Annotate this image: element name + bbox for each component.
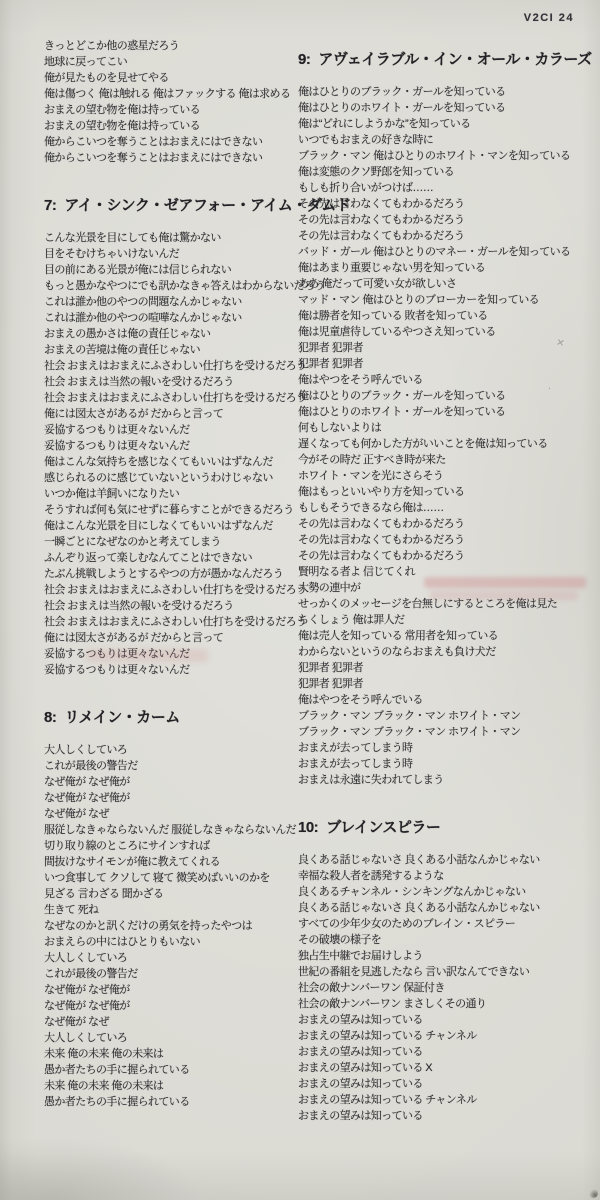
lyric-line: これは誰か他のやつの喧嘩なんかじゃない <box>44 310 306 326</box>
lyric-line: 未来 俺の未来 俺の未来は <box>44 1046 306 1062</box>
lyric-block: こんな光景を目にしても俺は驚かない目をそむけちゃいけないんだ目の前にある光景が俺… <box>44 230 306 678</box>
lyric-line: たぶん挑戦しようとするやつの方が愚かなんだろう <box>44 566 306 582</box>
lyric-line: 大人しくしていろ <box>44 1030 306 1046</box>
lyric-line: おまえの望みは知っている X <box>298 1060 584 1076</box>
lyric-line: 幸福な殺人者を誘発するような <box>298 868 584 884</box>
lyric-line: バッド・ガール 俺はひとりのマネー・ガールを知っている <box>298 244 584 260</box>
lyric-line: 俺からこいつを奪うことはおまえにはできない <box>44 134 306 150</box>
lyric-line: なぜ俺が なぜ <box>44 806 306 822</box>
corner-speck <box>589 1189 598 1198</box>
lyric-line: 俺はひとりのブラック・ガールを知っている <box>298 388 584 404</box>
lyric-line: せっかくのメッセージを台無しにするところを俺は見た <box>298 596 584 612</box>
lyric-line: 今がその時だ 正すべき時が来た <box>298 452 584 468</box>
lyric-line: 社会 おまえは当然の報いを受けるだろう <box>44 374 306 390</box>
lyric-line: おまえの苦境は俺の責任じゃない <box>44 342 306 358</box>
lyric-line: なぜ俺が なぜ俺が <box>44 982 306 998</box>
lyric-line: おまえの望みは知っている <box>298 1044 584 1060</box>
lyric-line: 服従しなきゃならないんだ 服従しなきゃならないんだ <box>44 822 306 838</box>
lyric-line: ブラック・マン ブラック・マン ホワイト・マン <box>298 708 584 724</box>
lyric-line: これが最後の警告だ <box>44 966 306 982</box>
lyric-line: 俺には図太さがあるが だからと言って <box>44 630 306 646</box>
lyric-line: 俺は傷つく 俺は触れる 俺はファックする 俺は求める <box>44 86 306 102</box>
lyric-line: おまえの望みは知っている <box>298 1012 584 1028</box>
lyric-line: 大人しくしていろ <box>44 742 306 758</box>
lyric-block: 大人しくしていろこれが最後の警告だなぜ俺が なぜ俺がなぜ俺が なぜ俺がなぜ俺が … <box>44 742 306 1110</box>
track-title: ブレインスピラー <box>326 819 440 836</box>
lyric-line: おまえが去ってしまう時 <box>298 740 584 756</box>
lyric-line: 一瞬ごとになぜなのかと考えてしまう <box>44 534 306 550</box>
lyric-line: 世紀の番組を見逃したなら 言い訳なんてできない <box>298 964 584 980</box>
lyric-line: ホワイト・マンを光にさらそう <box>298 468 584 484</box>
song-title: 8:リメイン・カーム <box>44 708 306 728</box>
intro-lyric-block: きっとどこか他の惑星だろう地球に戻ってこい俺が見たものを見せてやる俺は傷つく 俺… <box>44 38 306 166</box>
lyric-line: いつ食事して クソして 寝て 微笑めばいいのかを <box>44 870 306 886</box>
lyric-line: もしもそうできるなら俺は…… <box>298 500 584 516</box>
lyric-line: 犯罪者 犯罪者 <box>298 676 584 692</box>
track-number: 8: <box>44 709 56 726</box>
booklet-page: { "page": { "catalog_number": "V2CI 24",… <box>0 0 600 1200</box>
lyric-line: もしも折り合いがつけば…… <box>298 180 584 196</box>
lyric-line: その破壊の様子を <box>298 932 584 948</box>
lyric-line: ああ 俺だって可愛い女が欲しいさ <box>298 276 584 292</box>
lyric-line: 俺はあまり重要じゃない男を知っている <box>298 260 584 276</box>
lyric-line: 大人しくしていろ <box>44 950 306 966</box>
lyric-line: 俺からこいつを奪うことはおまえにはできない <box>44 150 306 166</box>
lyric-line: 切り取り線のところにサインすれば <box>44 838 306 854</box>
lyric-line: すべての少年少女のためのブレイン・スピラー <box>298 916 584 932</box>
lyric-line: なぜ俺が なぜ俺が <box>44 774 306 790</box>
lyric-line: 良くある話じゃないさ 良くある小話なんかじゃない <box>298 900 584 916</box>
lyric-line: 妥協するつもりは更々ないんだ <box>44 662 306 678</box>
lyric-line: おまえの望みは知っている <box>298 1108 584 1124</box>
lyric-line: その先は言わなくてもわかるだろう <box>298 548 584 564</box>
lyric-line: 犯罪者 犯罪者 <box>298 660 584 676</box>
lyric-line: その先は言わなくてもわかるだろう <box>298 516 584 532</box>
lyric-line: なぜなのかと訊くだけの勇気を持ったやつは <box>44 918 306 934</box>
lyric-line: 妥協するつもりは更々ないんだ <box>44 646 306 662</box>
lyric-line: 賢明なる者よ 信じてくれ <box>298 564 584 580</box>
lyric-line: 愚か者たちの手に握られている <box>44 1062 306 1078</box>
lyrics-column-right: 9:アヴェイラブル・イン・オール・カラーズ俺はひとりのブラック・ガールを知ってい… <box>298 50 584 1124</box>
song-title: 10:ブレインスピラー <box>298 818 584 838</box>
lyric-line: そうすれば何も気にせずに暮らすことができるだろう <box>44 502 306 518</box>
lyric-line: 地球に戻ってこい <box>44 54 306 70</box>
lyric-line: 犯罪者 犯罪者 <box>298 340 584 356</box>
lyric-line: 俺が見たものを見せてやる <box>44 70 306 86</box>
track-number: 10: <box>298 819 318 836</box>
lyric-line: 何もしないよりは <box>298 420 584 436</box>
lyric-line: 俺はこんな光景を目にしなくてもいいはずなんだ <box>44 518 306 534</box>
lyric-line: おまえの望みは知っている チャンネル <box>298 1028 584 1044</box>
lyric-line: おまえの望みは知っている <box>298 1076 584 1092</box>
lyric-block: 良くある話じゃないさ 良くある小話なんかじゃない幸福な殺人者を誘発するような良く… <box>298 852 584 1124</box>
song-title: 7:アイ・シンク・ゼアフォー・アイム・ダムド <box>44 196 306 216</box>
lyric-line: 俺は売人を知っている 常用者を知っている <box>298 628 584 644</box>
lyric-line: 妥協するつもりは更々ないんだ <box>44 438 306 454</box>
lyrics-column-left: きっとどこか他の惑星だろう地球に戻ってこい俺が見たものを見せてやる俺は傷つく 俺… <box>44 38 306 1110</box>
lyric-line: 遅くなっても何かした方がいいことを俺は知っている <box>298 436 584 452</box>
lyric-line: 良くある話じゃないさ 良くある小話なんかじゃない <box>298 852 584 868</box>
lyric-line: 俺には図太さがあるが だからと言って <box>44 406 306 422</box>
lyric-line: 社会 おまえは当然の報いを受けるだろう <box>44 598 306 614</box>
lyric-line: 感じられるのに感じていないというわけじゃない <box>44 470 306 486</box>
lyric-line: 社会 おまえはおまえにふさわしい仕打ちを受けるだろう <box>44 358 306 374</box>
lyric-line: おまえの望む物を俺は持っている <box>44 102 306 118</box>
lyric-line: 俺は変態のクソ野郎を知っている <box>298 164 584 180</box>
lyric-line: おまえの愚かさは俺の責任じゃない <box>44 326 306 342</box>
lyric-line: 目の前にある光景が俺には信じられない <box>44 262 306 278</box>
track-number: 7: <box>44 197 56 214</box>
lyric-line: おまえが去ってしまう時 <box>298 756 584 772</box>
lyric-line: 目をそむけちゃいけないんだ <box>44 246 306 262</box>
track-title: アヴェイラブル・イン・オール・カラーズ <box>318 51 591 68</box>
lyric-line: いつでもおまえの好きな時に <box>298 132 584 148</box>
lyric-line: なぜ俺が なぜ <box>44 1014 306 1030</box>
lyric-line: おまえは永遠に失われてしまう <box>298 772 584 788</box>
lyric-line: いつか俺は羊飼いになりたい <box>44 486 306 502</box>
catalog-number: V2CI 24 <box>524 12 574 24</box>
lyric-line: 愚か者たちの手に握られている <box>44 1094 306 1110</box>
lyric-line: ふんぞり返って楽しむなんてことはできない <box>44 550 306 566</box>
lyric-line: その先は言わなくてもわかるだろう <box>298 532 584 548</box>
lyric-line: なぜ俺が なぜ俺が <box>44 998 306 1014</box>
lyric-line: 俺は勝者を知っている 敗者を知っている <box>298 308 584 324</box>
lyric-line: ブラック・マン 俺はひとりのホワイト・マンを知っている <box>298 148 584 164</box>
lyric-line: こんな光景を目にしても俺は驚かない <box>44 230 306 246</box>
lyric-line: これが最後の警告だ <box>44 758 306 774</box>
track-title: リメイン・カーム <box>64 709 179 726</box>
lyric-line: おまえの望みは知っている チャンネル <box>298 1092 584 1108</box>
lyric-line: ブラック・マン ブラック・マン ホワイト・マン <box>298 724 584 740</box>
lyric-line: 俺はやつをそう呼んでいる <box>298 692 584 708</box>
lyric-line: 俺はもっといいやり方を知っている <box>298 484 584 500</box>
lyric-line: 俺はこんな気持ちを感じなくてもいいはずなんだ <box>44 454 306 470</box>
lyric-line: 俺は“どれにしようかな”を知っている <box>298 116 584 132</box>
lyric-line: 社会 おまえはおまえにふさわしい仕打ちを受けるだろう <box>44 614 306 630</box>
lyric-line: 社会 おまえはおまえにふさわしい仕打ちを受けるだろう <box>44 582 306 598</box>
lyric-line: 間抜けなサイモンが俺に教えてくれる <box>44 854 306 870</box>
lyric-line: その先は言わなくてもわかるだろう <box>298 196 584 212</box>
lyric-line: 独占生中継でお届けしよう <box>298 948 584 964</box>
lyric-line: おまえの望む物を俺は持っている <box>44 118 306 134</box>
lyric-line: 社会の敵ナンバーワン まさしくその通り <box>298 996 584 1012</box>
lyric-line: わからないというのならおまえも負け犬だ <box>298 644 584 660</box>
lyric-line: 妥協するつもりは更々ないんだ <box>44 422 306 438</box>
lyric-line: その先は言わなくてもわかるだろう <box>298 228 584 244</box>
lyric-line: 俺はひとりのブラック・ガールを知っている <box>298 84 584 100</box>
lyric-line: 大勢の連中が <box>298 580 584 596</box>
lyric-line: マッド・マン 俺はひとりのブローカーを知っている <box>298 292 584 308</box>
lyric-line: 生きて 死ね <box>44 902 306 918</box>
lyric-line: 俺はひとりのホワイト・ガールを知っている <box>298 404 584 420</box>
lyric-line: もっと愚かなやつにでも訊かなきゃ答えはわからないだろう <box>44 278 306 294</box>
track-number: 9: <box>298 51 310 68</box>
lyric-line: 俺は児童虐待しているやつさえ知っている <box>298 324 584 340</box>
lyric-line: 俺はやつをそう呼んでいる <box>298 372 584 388</box>
lyric-line: 犯罪者 犯罪者 <box>298 356 584 372</box>
lyric-line: なぜ俺が なぜ俺が <box>44 790 306 806</box>
lyric-line: 見ざる 言わざる 聞かざる <box>44 886 306 902</box>
lyric-line: 俺はひとりのホワイト・ガールを知っている <box>298 100 584 116</box>
lyric-block: 俺はひとりのブラック・ガールを知っている俺はひとりのホワイト・ガールを知っている… <box>298 84 584 788</box>
lyric-line: 未来 俺の未来 俺の未来は <box>44 1078 306 1094</box>
lyric-line: ちくしょう 俺は罪人だ <box>298 612 584 628</box>
lyric-line: これは誰か他のやつの問題なんかじゃない <box>44 294 306 310</box>
lyric-line: 社会の敵ナンバーワン 保証付き <box>298 980 584 996</box>
song-title: 9:アヴェイラブル・イン・オール・カラーズ <box>298 50 584 70</box>
lyric-line: きっとどこか他の惑星だろう <box>44 38 306 54</box>
lyric-line: 社会 おまえはおまえにふさわしい仕打ちを受けるだろう <box>44 390 306 406</box>
lyric-line: おまえらの中にはひとりもいない <box>44 934 306 950</box>
lyric-line: 良くあるチャンネル・シンキングなんかじゃない <box>298 884 584 900</box>
lyric-line: その先は言わなくてもわかるだろう <box>298 212 584 228</box>
